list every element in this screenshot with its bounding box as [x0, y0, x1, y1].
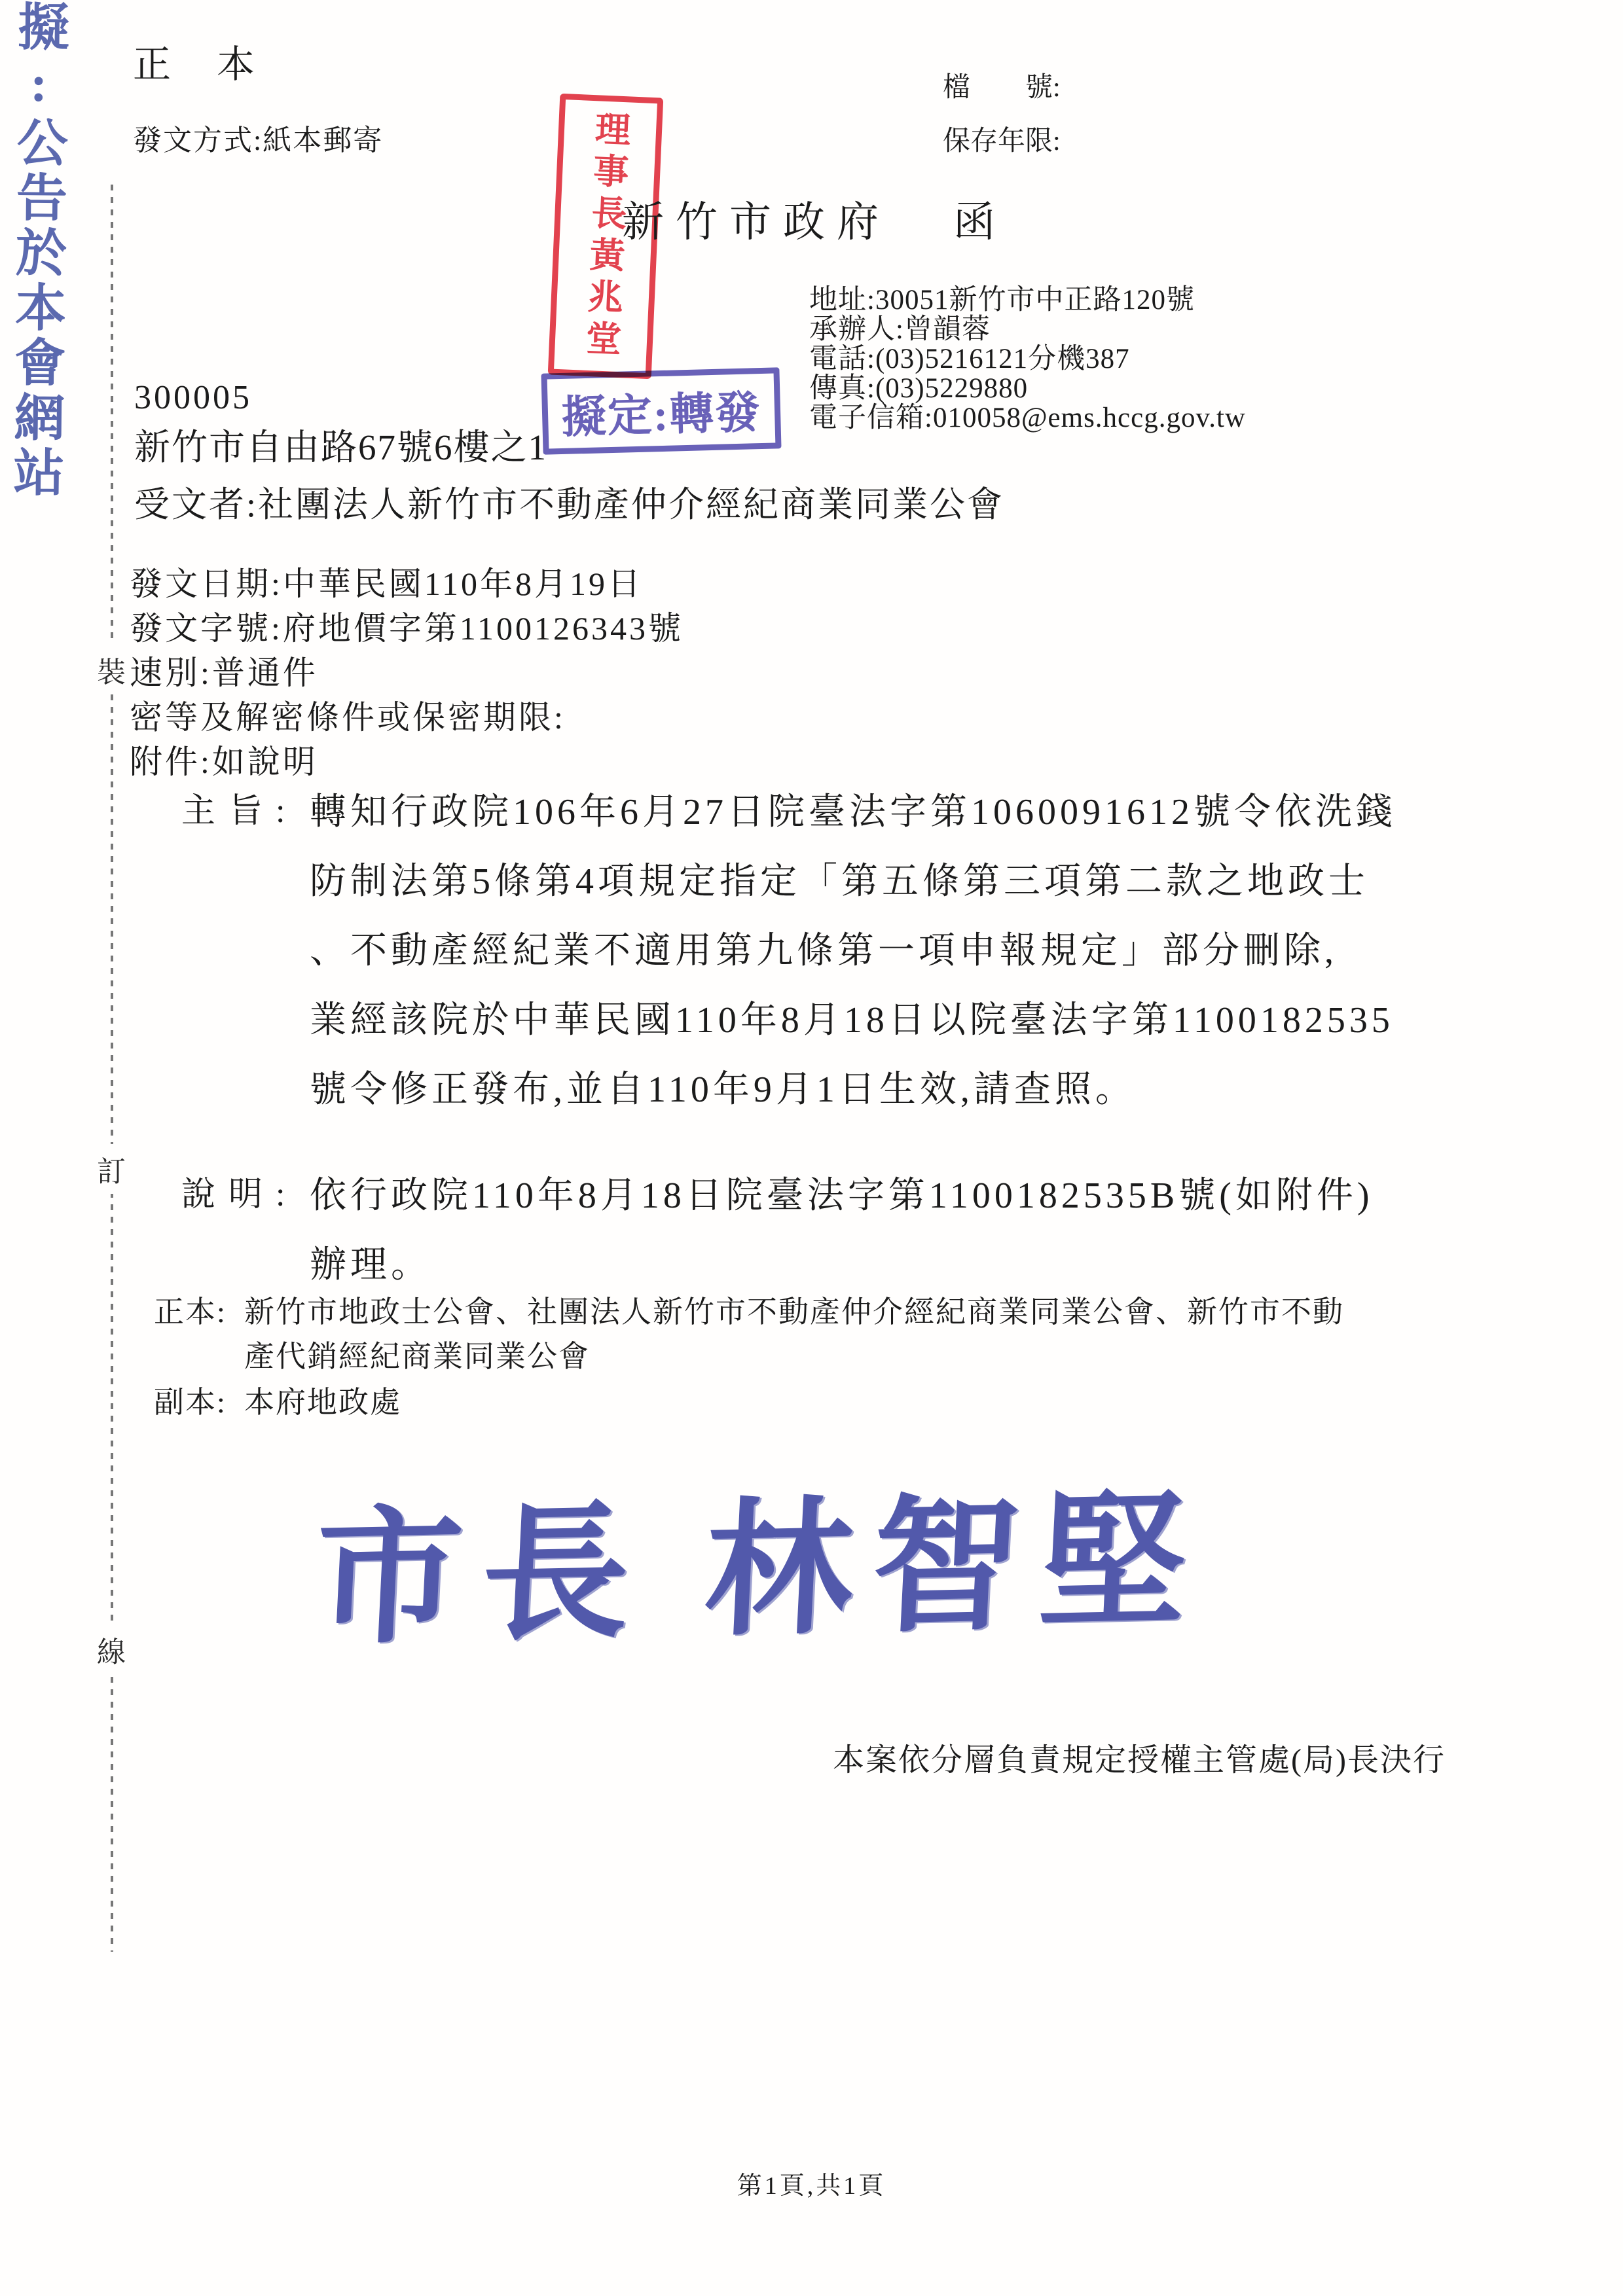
- delivery-method-line: 發文方式:紙本郵寄: [133, 124, 383, 158]
- file-number-label: 檔 號:: [943, 72, 1061, 103]
- binding-mark-zhuang: 裝: [97, 645, 126, 694]
- page-indicator: 第1頁,共1頁: [0, 2165, 1623, 2201]
- explanation-label: 說明:: [181, 1166, 298, 1215]
- subject-line: 防制法第5條第4項規定指定「第五條第三項第二款之地政士: [310, 852, 1369, 905]
- primary-copy-label: 正本:: [154, 1288, 227, 1331]
- explanation-line: 辦理。: [310, 1236, 431, 1288]
- action-decision-text: 擬定:轉發: [560, 377, 761, 446]
- sender-contact-person: 承辦人:曾韻蓉: [809, 315, 1246, 344]
- sender-fax: 傳真:(03)5229880: [809, 374, 1246, 403]
- recipient-line: 受文者:社團法人新竹市不動產仲介經紀商業同業公會: [134, 484, 1004, 525]
- handwritten-approval-note: 擬:公告於本會網站: [0, 0, 76, 511]
- issue-date-line: 發文日期:中華民國110年8月19日: [130, 558, 684, 602]
- binding-dashed-line: [111, 185, 113, 1952]
- speed-class-line: 速別:普通件: [130, 647, 684, 691]
- cc-copy-text: 本府地政處: [244, 1378, 401, 1422]
- attachment-line: 附件:如說明: [130, 736, 684, 780]
- document-meta-block: 發文日期:中華民國110年8月19日 發文字號:府地價字第1100126343號…: [130, 558, 684, 780]
- binding-mark-xian: 線: [97, 1624, 126, 1674]
- recipient-postal-code: 300005: [134, 378, 252, 418]
- subject-line: 、不動產經紀業不適用第九條第一項申報規定」部分刪除,: [310, 922, 1338, 974]
- cc-copy-label: 副本:: [154, 1378, 227, 1422]
- issuing-org-name: 新竹市政府: [622, 188, 890, 249]
- action-decision-stamp: 擬定:轉發: [541, 367, 781, 454]
- copy-type-label: 正 本: [133, 43, 259, 87]
- doc-number-line: 發文字號:府地價字第1100126343號: [130, 602, 684, 647]
- subject-line: 業經該院於中華民國110年8月18日以院臺法字第1100182535: [310, 991, 1394, 1043]
- sender-email: 電子信箱:010058@ems.hccg.gov.tw: [809, 403, 1246, 433]
- explanation-line: 依行政院110年8月18日院臺法字第1100182535B號(如附件): [310, 1166, 1374, 1219]
- recipient-street-address: 新竹市自由路67號6樓之1: [134, 427, 547, 468]
- retention-period-label: 保存年限:: [943, 126, 1061, 157]
- document-type: 函: [953, 188, 995, 249]
- subject-line: 轉知行政院106年6月27日院臺法字第1060091612號令依洗錢: [310, 783, 1396, 835]
- sender-address: 地址:30051新竹市中正路120號: [809, 285, 1246, 315]
- subject-label: 主旨:: [181, 783, 298, 832]
- binding-mark-ding: 訂: [97, 1144, 126, 1194]
- primary-copy-line: 產代銷經紀商業同業公會: [244, 1333, 590, 1376]
- subject-line: 號令修正發布,並自110年9月1日生效,請查照。: [310, 1060, 1136, 1113]
- sender-phone: 電話:(03)5216121分機387: [809, 344, 1246, 374]
- mayor-signature: 市長 林智堅: [310, 1443, 1212, 1673]
- sender-contact-block: 地址:30051新竹市中正路120號 承辦人:曾韻蓉 電話:(03)521612…: [809, 285, 1246, 433]
- official-letter-page: 裝 訂 線 正 本 發文方式:紙本郵寄 檔 號: 保存年限: 擬:公告於本會網站…: [0, 0, 1623, 2296]
- authorization-note: 本案依分層負責規定授權主管處(局)長決行: [833, 1742, 1446, 1778]
- security-class-line: 密等及解密條件或保密期限:: [130, 691, 684, 736]
- primary-copy-line: 新竹市地政士公會、社團法人新竹市不動產仲介經紀商業同業公會、新竹市不動: [244, 1288, 1344, 1331]
- document-title: 新竹市政府 函: [622, 188, 995, 249]
